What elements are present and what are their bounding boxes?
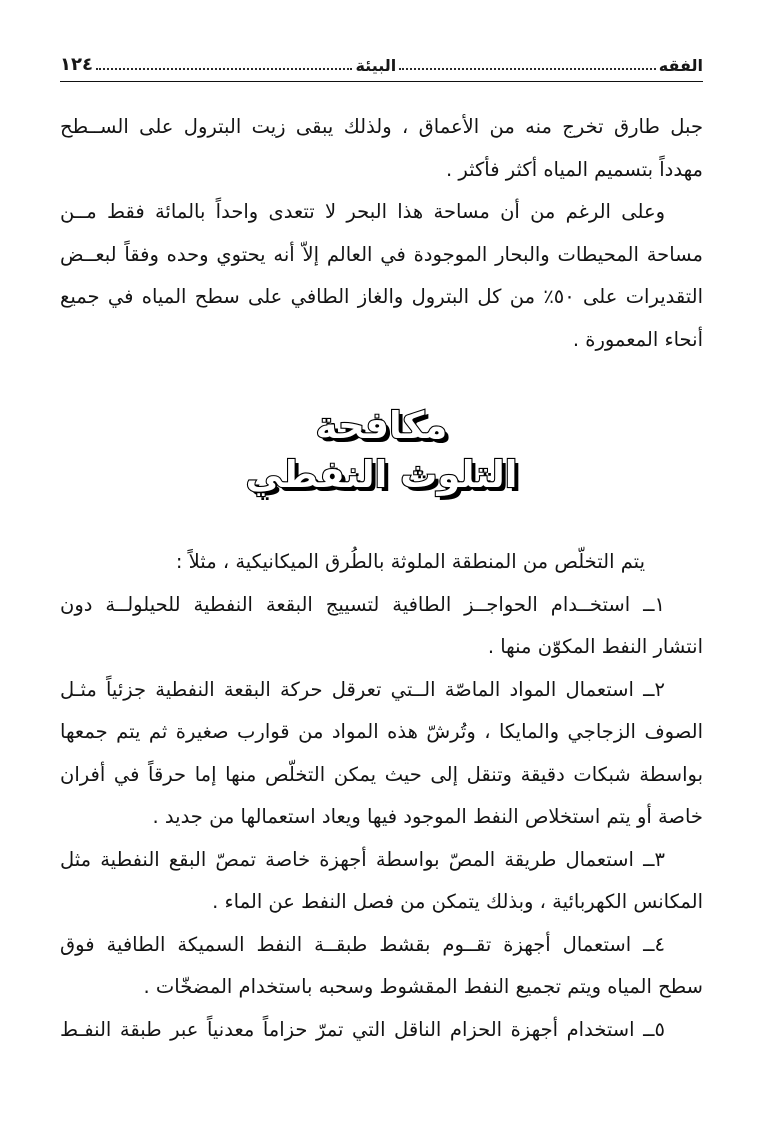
page-number: ١٢٤: [60, 56, 93, 74]
text-line: جبل طارق تخرج منه من الأعماق ، ولذلك يبق…: [60, 106, 703, 149]
list-item: ٥ــ استخدام أجهزة الحزام الناقل التي تمر…: [60, 1009, 703, 1052]
section-title-line-2: التلوث النفطي: [60, 449, 703, 501]
text-line: سطح المياه ويتم تجميع النفط المقشوط وسحب…: [60, 966, 703, 1009]
text-line: انتشار النفط المكوّن منها .: [60, 626, 703, 669]
text-line: المكانس الكهربائية ، وبذلك يتمكن من فصل …: [60, 881, 703, 924]
paragraph: وعلى الرغم من أن مساحة هذا البحر لا تتعد…: [60, 191, 703, 361]
text-line: وعلى الرغم من أن مساحة هذا البحر لا تتعد…: [60, 191, 703, 234]
text-line: أنحاء المعمورة .: [60, 319, 703, 362]
text-line: بواسطة شبكات دقيقة وتنقل إلى حيث يمكن ال…: [60, 754, 703, 797]
text-line: يتم التخلّص من المنطقة الملوثة بالطُرق ا…: [60, 541, 703, 584]
list-item: ٣ــ استعمال طريقة المصّ بواسطة أجهزة خاص…: [60, 839, 703, 924]
book-page: الفقه البيئة ١٢٤ جبل طارق تخرج منه من ال…: [0, 0, 763, 1124]
text-line: مهدداً بتسميم المياه أكثر فأكثر .: [60, 149, 703, 192]
text-line: ٢ــ استعمال المواد الماصّة الــتي تعرقل …: [60, 669, 703, 712]
text-line: الصوف الزجاجي والمايكا ، وتُرشّ هذه المو…: [60, 711, 703, 754]
section-title: مكافحة التلوث النفطي: [60, 403, 703, 501]
header-book-title: البيئة: [355, 58, 396, 74]
page-body: جبل طارق تخرج منه من الأعماق ، ولذلك يبق…: [60, 106, 703, 1051]
dot-leader: [399, 68, 656, 70]
text-line: ٤ــ استعمال أجهزة تقــوم بقشط طبقــة الن…: [60, 924, 703, 967]
list-item: ٢ــ استعمال المواد الماصّة الــتي تعرقل …: [60, 669, 703, 839]
header-section-title: الفقه: [659, 58, 703, 74]
text-line: مساحة المحيطات والبحار الموجودة في العال…: [60, 234, 703, 277]
text-line: خاصة أو يتم استخلاص النفط الموجود فيها و…: [60, 796, 703, 839]
dot-leader: [96, 68, 353, 70]
text-line: ١ــ استخــدام الحواجــز الطافية لتسييج ا…: [60, 584, 703, 627]
text-line: ٣ــ استعمال طريقة المصّ بواسطة أجهزة خاص…: [60, 839, 703, 882]
paragraph: جبل طارق تخرج منه من الأعماق ، ولذلك يبق…: [60, 106, 703, 191]
section-title-line-1: مكافحة: [60, 403, 703, 449]
page-header: الفقه البيئة ١٢٤: [60, 48, 703, 74]
header-rule: [60, 81, 703, 82]
text-line: التقديرات على ٥٠٪ من كل البترول والغاز ا…: [60, 276, 703, 319]
list-item: ١ــ استخــدام الحواجــز الطافية لتسييج ا…: [60, 584, 703, 669]
paragraph: يتم التخلّص من المنطقة الملوثة بالطُرق ا…: [60, 541, 703, 584]
text-line: ٥ــ استخدام أجهزة الحزام الناقل التي تمر…: [60, 1009, 703, 1052]
list-item: ٤ــ استعمال أجهزة تقــوم بقشط طبقــة الن…: [60, 924, 703, 1009]
